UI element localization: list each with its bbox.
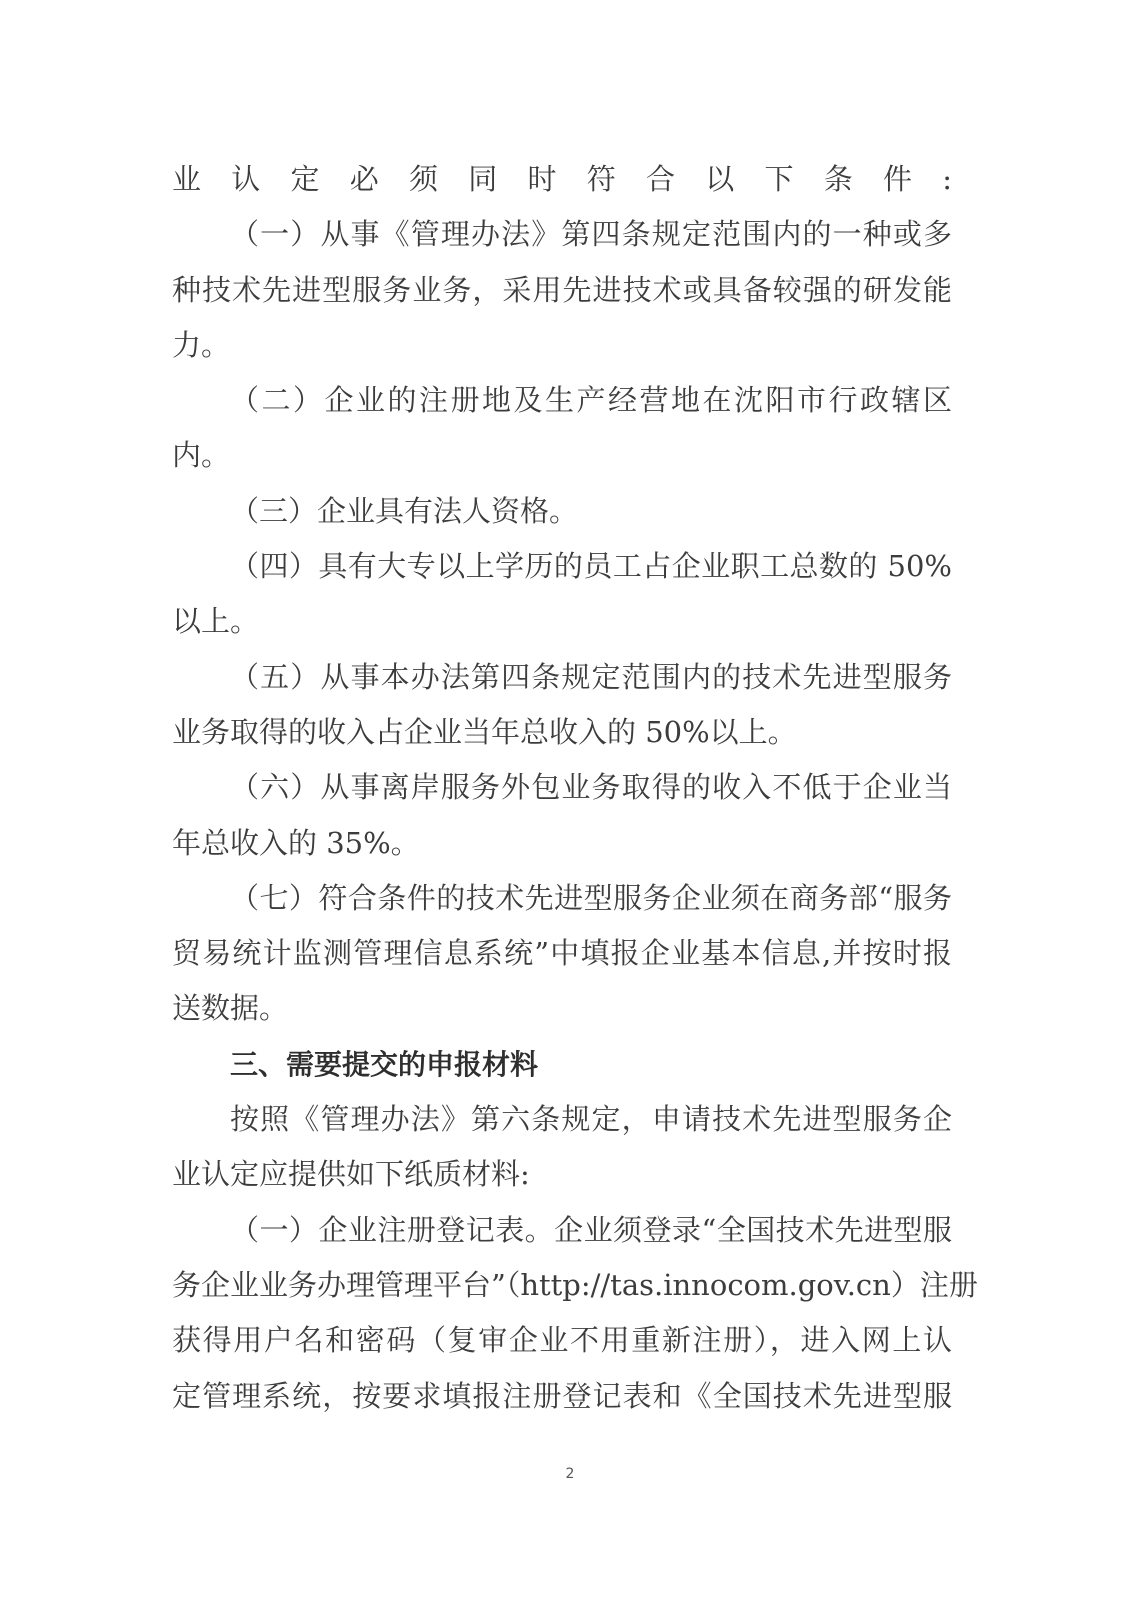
materials-intro-line: 按照《管理办法》第六条规定，申请技术先进型服务企 [172,1092,952,1147]
body-line: 业认定应提供如下纸质材料: [172,1147,952,1202]
body-line: 送数据。 [172,981,952,1036]
material-1-line: （一）企业注册登记表。企业须登录“全国技术先进型服 [172,1203,952,1258]
body-line: 以上。 [172,594,952,649]
body-line: 力。 [172,318,952,373]
body-line: 业务取得的收入占企业当年总收入的 50%以上。 [172,705,952,760]
document-page: 业认定必须同时符合以下条件: （一）从事《管理办法》第四条规定范围内的一种或多 … [0,0,1140,1600]
body-line: 定管理系统，按要求填报注册登记表和《全国技术先进型服 [172,1369,952,1424]
condition-4-line: （四）具有大专以上学历的员工占企业职工总数的 50% [172,539,952,594]
section-heading: 三、需要提交的申报材料 [172,1037,952,1092]
body-line: 获得用户名和密码（复审企业不用重新注册），进入网上认 [172,1313,952,1368]
condition-7-line: （七）符合条件的技术先进型服务企业须在商务部“服务 [172,871,952,926]
body-line: 内。 [172,428,952,483]
page-number: 2 [0,1466,1140,1482]
condition-1-line: （一）从事《管理办法》第四条规定范围内的一种或多 [172,207,952,262]
condition-2-line: （二）企业的注册地及生产经营地在沈阳市行政辖区 [172,373,952,428]
body-line: 种技术先进型服务业务，采用先进技术或具备较强的研发能 [172,263,952,318]
body-line-with-url: 务企业业务办理管理平台”（http://tas.innocom.gov.cn）注… [172,1258,952,1313]
condition-3-line: （三）企业具有法人资格。 [172,484,952,539]
body-line: 年总收入的 35%。 [172,816,952,871]
condition-6-line: （六）从事离岸服务外包业务取得的收入不低于企业当 [172,760,952,815]
body-line: 业认定必须同时符合以下条件: [172,152,952,207]
condition-5-line: （五）从事本办法第四条规定范围内的技术先进型服务 [172,650,952,705]
body-line: 贸易统计监测管理信息系统”中填报企业基本信息,并按时报 [172,926,952,981]
document-body: 业认定必须同时符合以下条件: （一）从事《管理办法》第四条规定范围内的一种或多 … [172,152,952,1424]
